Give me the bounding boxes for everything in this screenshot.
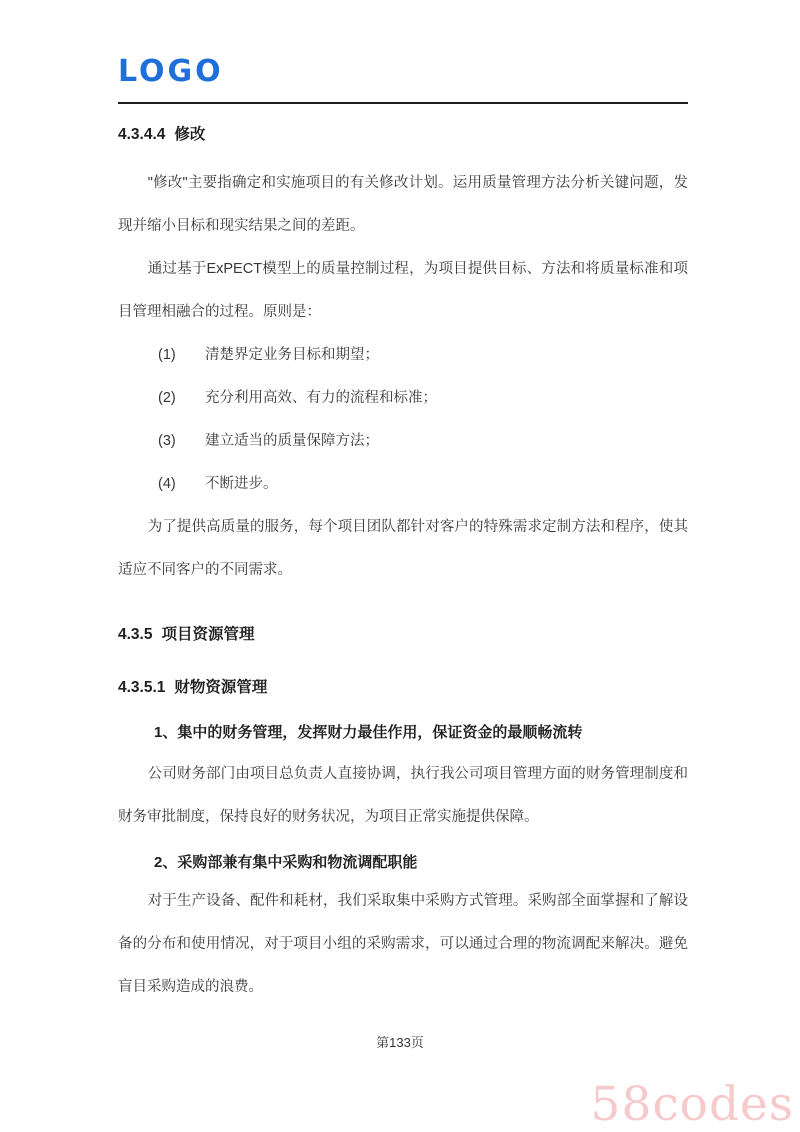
list-item-number: (4) (158, 463, 205, 506)
list-item-text: 不断进步。 (205, 463, 278, 506)
subheading-finance: 1、集中的财务管理，发挥财力最佳作用，保证资金的最顺畅流转 (118, 722, 688, 744)
paragraph-expect-model: 通过基于ExPECT模型上的质量控制过程，为项目提供目标、方法和将质量标准和项目… (118, 248, 688, 334)
page-content: LOGO 4.3.4.4 修改 "修改"主要指确定和实施项目的有关修改计划。运用… (0, 0, 800, 1009)
list-item-2: (2) 充分利用高效、有力的流程和标准； (118, 377, 688, 420)
list-item-number: (3) (158, 420, 205, 463)
list-item-1: (1) 清楚界定业务目标和期望； (118, 334, 688, 377)
paragraph-procurement: 对于生产设备、配件和耗材，我们采取集中采购方式管理。采购部全面掌握和了解设备的分… (118, 880, 688, 1009)
paragraph-intro: "修改"主要指确定和实施项目的有关修改计划。运用质量管理方法分析关键问题，发现并… (118, 162, 688, 248)
heading-number: 4.3.5 (118, 624, 152, 646)
list-item-number: (1) (158, 334, 205, 377)
list-item-text: 建立适当的质量保障方法； (205, 420, 379, 463)
heading-4-3-5-1: 4.3.5.1 财物资源管理 (118, 677, 688, 699)
company-logo: LOGO (118, 55, 688, 89)
heading-title: 财物资源管理 (174, 677, 267, 699)
heading-4-3-4-4: 4.3.4.4 修改 (118, 124, 688, 146)
list-item-text: 充分利用高效、有力的流程和标准； (205, 377, 437, 420)
list-item-3: (3) 建立适当的质量保障方法； (118, 420, 688, 463)
header-divider (118, 102, 688, 104)
watermark: 58codes (591, 1077, 794, 1132)
list-item-number: (2) (158, 377, 205, 420)
paragraph-finance: 公司财务部门由项目总负责人直接协调，执行我公司项目管理方面的财务管理制度和财务审… (118, 753, 688, 839)
heading-title: 项目资源管理 (161, 624, 254, 646)
principles-list: (1) 清楚界定业务目标和期望； (2) 充分利用高效、有力的流程和标准； (3… (118, 334, 688, 506)
heading-number: 4.3.4.4 (118, 124, 165, 146)
list-item-text: 清楚界定业务目标和期望； (205, 334, 379, 377)
list-item-4: (4) 不断进步。 (118, 463, 688, 506)
heading-number: 4.3.5.1 (118, 677, 165, 699)
heading-4-3-5: 4.3.5 项目资源管理 (118, 624, 688, 646)
paragraph-service-quality: 为了提供高质量的服务，每个项目团队都针对客户的特殊需求定制方法和程序，使其适应不… (118, 506, 688, 592)
document-page: LOGO 4.3.4.4 修改 "修改"主要指确定和实施项目的有关修改计划。运用… (0, 0, 800, 1132)
heading-title: 修改 (174, 124, 205, 146)
subheading-procurement: 2、采购部兼有集中采购和物流调配职能 (118, 852, 688, 874)
page-number: 第133页 (0, 1032, 800, 1051)
